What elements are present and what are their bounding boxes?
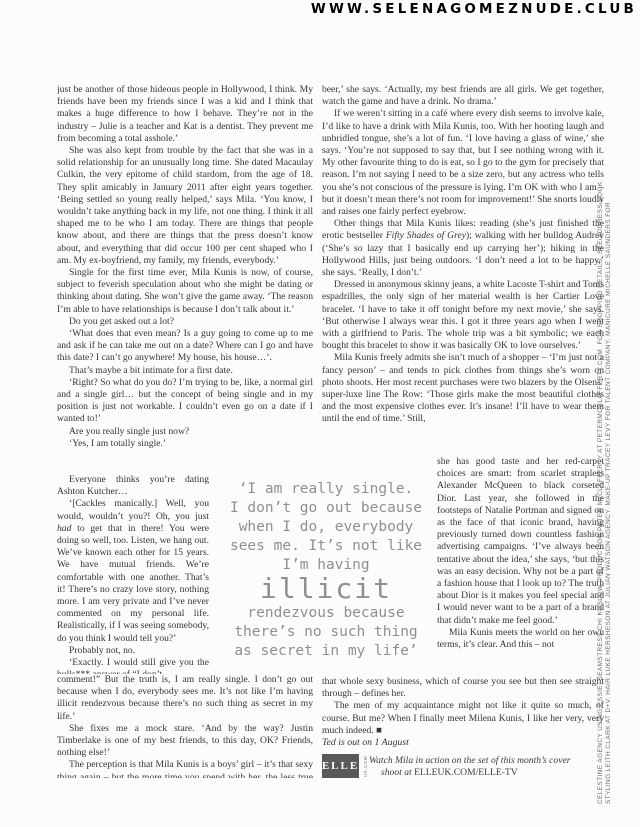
article-paragraph: Mila Kunis freely admits she isn’t much … [322,352,604,425]
left-column-narrow: Everyone thinks you’re dating Ashton Kut… [57,474,209,674]
article-paragraph: ‘What does that even mean? Is a guy goin… [57,328,313,365]
article-paragraph: she has good taste and her red-carpet ch… [437,456,604,627]
article-paragraph: Mila Kunis meets the world on her own te… [437,627,604,651]
pull-quote-line: as secret in my life’ [224,642,428,661]
article-paragraph: just be another of those hideous people … [57,84,313,145]
article-paragraph: ‘Exactly. I would still give you the bul… [57,657,209,674]
right-column-bottom: that whole sexy business, which of cours… [322,676,604,806]
pull-quote-line: there’s no such thing [224,623,428,642]
pull-quote-line: I’m having illicit [224,556,428,604]
pull-quote-line: ‘I am really single. [224,480,428,499]
pull-quote-line: I don’t go out because [224,499,428,518]
right-column-narrow: she has good taste and her red-carpet ch… [437,456,604,674]
elle-uk-com-text: UK.COM [360,756,372,777]
article-paragraph: Single for the first time ever, Mila Kun… [57,267,313,316]
left-column-top: just be another of those hideous people … [57,84,313,476]
left-column-bottom: comment!” But the truth is, I am really … [57,674,313,778]
pull-quote-line: when I do, everybody [224,518,428,537]
elle-logo: ELLE [322,754,359,778]
pull-quote: ‘I am really single.I don’t go out becau… [224,480,428,661]
elle-tv-promo: ELLE UK.COM Watch Mila in action on the … [322,754,604,778]
pull-quote-line: rendezvous because [224,604,428,623]
credits-line-inner: CELESTINE AGENCY USING ESSIE. SEAMSTRESS… [597,181,604,804]
article-paragraph: ‘Yes, I am totally single.’ [57,438,313,450]
watermark-text: WWW.SELENAGOMEZNUDE.CLUB [311,1,637,17]
right-column-bottom-paragraphs: that whole sexy business, which of cours… [322,676,604,737]
sign-off-line: Ted is out on 1 August [322,737,604,749]
article-paragraph: Do you get asked out a lot? [57,316,313,328]
article-paragraph: Probably not, no. [57,645,209,657]
elle-uk-com-label: UK.COM [359,754,369,778]
article-paragraph: The perception is that Mila Kunis is a b… [57,759,313,778]
promo-line: Watch Mila in action on the set of this … [369,755,570,767]
article-paragraph: If we weren’t sitting in a café where ev… [322,108,604,218]
promo-line: shoot at ELLEUK.COM/ELLE-TV [369,767,570,779]
credits-line-outer: STYLING LEITH CLARK AT D+V. HAIR LUKE HE… [605,202,612,804]
article-paragraph: comment!” But the truth is, I am really … [57,674,313,723]
article-paragraph: That’s maybe a bit intimate for a first … [57,365,313,377]
article-paragraph: The men of my acquaintance might not lik… [322,700,604,737]
article-paragraph: Dressed in anonymous skinny jeans, a whi… [322,279,604,352]
pull-quote-line: sees me. It’s not like [224,537,428,556]
article-paragraph: Everyone thinks you’re dating Ashton Kut… [57,474,209,498]
promo-text: Watch Mila in action on the set of this … [369,754,570,778]
magazine-page: WWW.SELENAGOMEZNUDE.CLUB just be another… [0,0,640,827]
article-paragraph: She was also kept from trouble by the fa… [57,145,313,267]
article-paragraph: She fixes me a mock stare. ‘And by the w… [57,723,313,760]
article-paragraph: that whole sexy business, which of cours… [322,676,604,700]
right-column-top: beer,’ she says. ‘Actually, my best frie… [322,84,604,454]
article-paragraph: Are you really single just now? [57,426,313,438]
article-paragraph: beer,’ she says. ‘Actually, my best frie… [322,84,604,108]
article-paragraph: ‘[Cackles manically.] Well, you would, w… [57,498,209,644]
article-paragraph: ‘Right? So what do you do? I’m trying to… [57,377,313,426]
article-paragraph: Other things that Mila Kunis likes: read… [322,218,604,279]
